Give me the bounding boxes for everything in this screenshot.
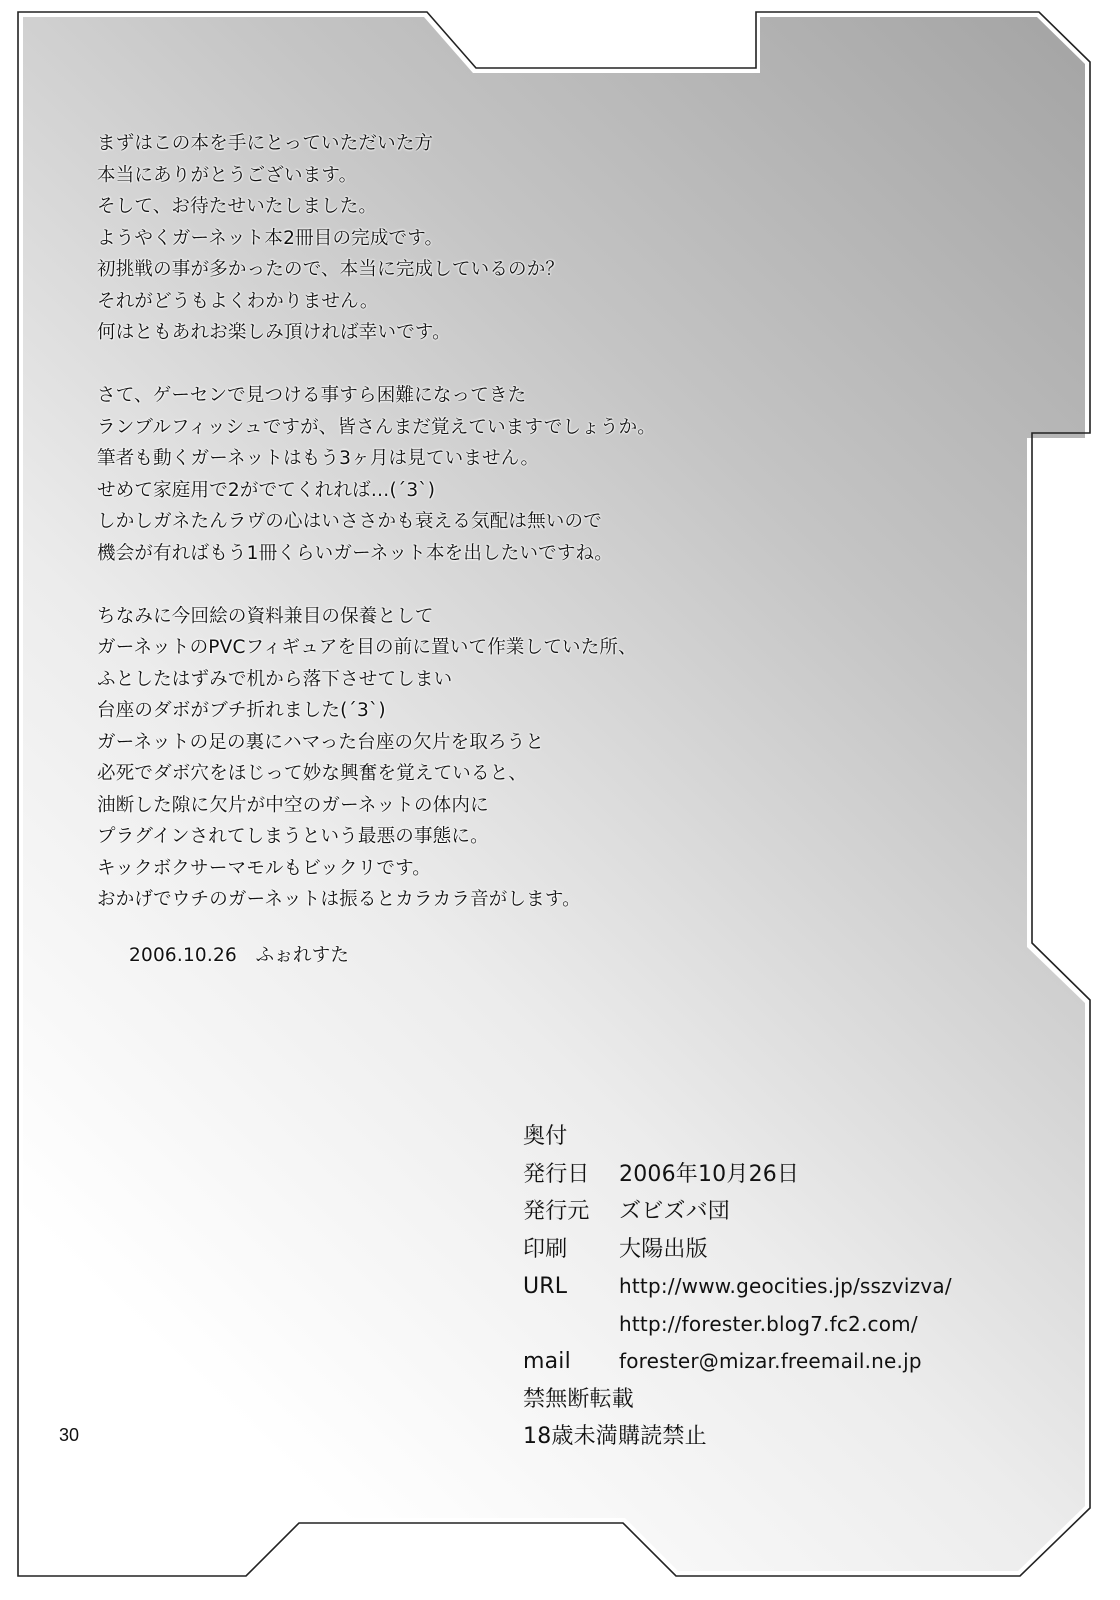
text-line: 本当にありがとうございます。: [97, 160, 656, 192]
text-line: 油断した隙に欠片が中空のガーネットの体内に: [97, 790, 656, 822]
colophon-value: 2006年10月26日: [619, 1156, 799, 1194]
colophon-value: 大陽出版: [619, 1231, 708, 1269]
text-line: 初挑戦の事が多かったので、本当に完成しているのか？: [97, 254, 656, 286]
colophon-row-url: URL http://www.geocities.jp/sszvizva/: [523, 1268, 952, 1306]
text-line: ふとしたはずみで机から落下させてしまい: [97, 664, 656, 696]
text-line: しかしガネたんラヴの心はいささかも衰える気配は無いので: [97, 506, 656, 538]
text-line: 必死でダボ穴をほじって妙な興奮を覚えていると、: [97, 758, 656, 790]
text-line: まずはこの本を手にとっていただいた方: [97, 128, 656, 160]
colophon-label: 印刷: [523, 1231, 619, 1269]
text-line: 台座のダボがブチ折れました(´3`): [97, 695, 656, 727]
paragraph-3: ちなみに今回絵の資料兼目の保養として ガーネットのPVCフィギュアを目の前に置い…: [97, 601, 656, 916]
text-line: せめて家庭用で2がでてくれれば…(´3`): [97, 475, 656, 507]
colophon: 奥付 発行日 2006年10月26日 発行元 ズビズバ団 印刷 大陽出版 URL…: [523, 1118, 952, 1456]
signature-date: 2006.10.26 ふぉれすた: [129, 940, 349, 972]
page-number: 30: [59, 1425, 79, 1446]
text-line: ガーネットの足の裏にハマった台座の欠片を取ろうと: [97, 727, 656, 759]
text-line: おかげでウチのガーネットは振るとカラカラ音がします。: [97, 884, 656, 916]
colophon-row-printer: 印刷 大陽出版: [523, 1231, 952, 1269]
text-line: ちなみに今回絵の資料兼目の保養として: [97, 601, 656, 633]
text-line: 筆者も動くガーネットはもう3ヶ月は見ていません。: [97, 443, 656, 475]
paragraph-2: さて、ゲーセンで見つける事すら困難になってきた ランブルフィッシュですが、皆さん…: [97, 380, 656, 569]
text-line: 機会が有ればもう1冊くらいガーネット本を出したいですね。: [97, 538, 656, 570]
notice-no-reproduction: 禁無断転載: [523, 1381, 952, 1419]
text-line: そして、お待たせいたしました。: [97, 191, 656, 223]
text-line: プラグインされてしまうという最悪の事態に。: [97, 821, 656, 853]
url-link-blog[interactable]: http://forester.blog7.fc2.com/: [619, 1306, 918, 1344]
url-link-geocities[interactable]: http://www.geocities.jp/sszvizva/: [619, 1268, 952, 1306]
colophon-label: 発行日: [523, 1156, 619, 1194]
colophon-row-url-2: http://forester.blog7.fc2.com/: [523, 1306, 952, 1344]
colophon-label: 発行元: [523, 1193, 619, 1231]
colophon-label: URL: [523, 1268, 619, 1306]
text-line: さて、ゲーセンで見つける事すら困難になってきた: [97, 380, 656, 412]
text-line: 何はともあれお楽しみ頂ければ幸いです。: [97, 317, 656, 349]
colophon-value: ズビズバ団: [619, 1193, 730, 1231]
text-line: キックボクサーマモルもビックリです。: [97, 853, 656, 885]
afterword-text: まずはこの本を手にとっていただいた方 本当にありがとうございます。 そして、お待…: [97, 128, 656, 916]
text-line: それがどうもよくわかりません。: [97, 286, 656, 318]
colophon-title: 奥付: [523, 1118, 952, 1156]
notice-age-restriction: 18歳未満購読禁止: [523, 1418, 952, 1456]
text-line: ようやくガーネット本2冊目の完成です。: [97, 223, 656, 255]
paragraph-1: まずはこの本を手にとっていただいた方 本当にありがとうございます。 そして、お待…: [97, 128, 656, 349]
text-line: ガーネットのPVCフィギュアを目の前に置いて作業していた所、: [97, 632, 656, 664]
text-line: ランブルフィッシュですが、皆さんまだ覚えていますでしょうか。: [97, 412, 656, 444]
colophon-label: mail: [523, 1343, 619, 1381]
colophon-row-publish-date: 発行日 2006年10月26日: [523, 1156, 952, 1194]
email-link[interactable]: forester@mizar.freemail.ne.jp: [619, 1343, 922, 1381]
colophon-row-publisher: 発行元 ズビズバ団: [523, 1193, 952, 1231]
colophon-row-mail: mail forester@mizar.freemail.ne.jp: [523, 1343, 952, 1381]
colophon-label: [523, 1306, 619, 1344]
